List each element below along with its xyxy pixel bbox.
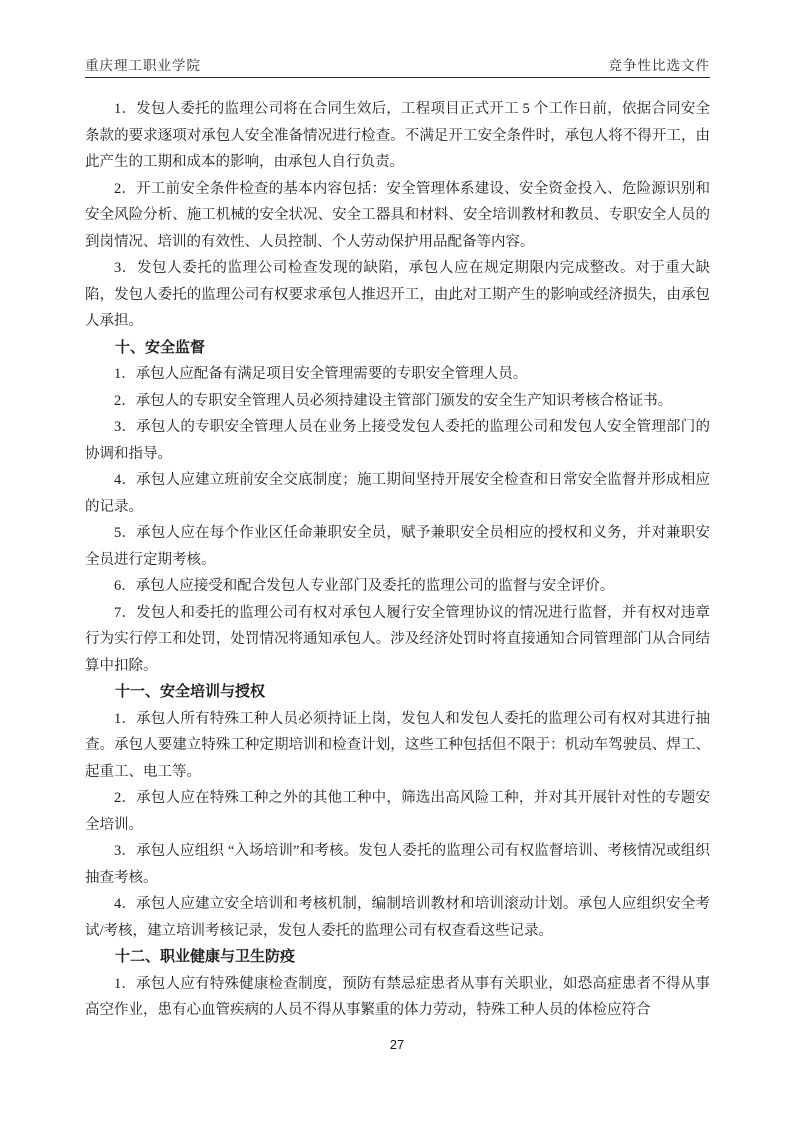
- paragraph: 6．承包人应接受和配合发包人专业部门及委托的监理公司的监督与安全评价。: [85, 573, 710, 600]
- paragraph: 1．承包人应有特殊健康检查制度，预防有禁忌症患者从事有关职业，如恐高症患者不得从…: [85, 971, 710, 1024]
- page-header: 重庆理工职业学院 竞争性比选文件: [85, 54, 710, 74]
- paragraph: 1．承包人所有特殊工种人员必须持证上岗，发包人和发包人委托的监理公司有权对其进行…: [85, 706, 710, 786]
- paragraph: 1．发包人委托的监理公司将在合同生效后，工程项目正式开工 5 个工作日前，依据合…: [85, 96, 710, 176]
- paragraph: 2．承包人的专职安全管理人员必须持建设主管部门颁发的安全生产知识考核合格证书。: [85, 388, 710, 415]
- document-page: 重庆理工职业学院 竞争性比选文件 1．发包人委托的监理公司将在合同生效后，工程项…: [0, 0, 794, 1122]
- paragraph: 3．承包人应组织 “入场培训”和考核。发包人委托的监理公司有权监督培训、考核情况…: [85, 838, 710, 891]
- page-footer: 27: [0, 1037, 794, 1052]
- paragraph: 1．承包人应配备有满足项目安全管理需要的专职安全管理人员。: [85, 361, 710, 388]
- section-heading-safety-supervision: 十、安全监督: [85, 335, 710, 362]
- paragraph: 5．承包人应在每个作业区任命兼职安全员，赋予兼职安全员相应的授权和义务，并对兼职…: [85, 520, 710, 573]
- paragraph: 3．承包人的专职安全管理人员在业务上接受发包人委托的监理公司和发包人安全管理部门…: [85, 414, 710, 467]
- paragraph: 4．承包人应建立班前安全交底制度；施工期间坚持开展安全检查和日常安全监督并形成相…: [85, 467, 710, 520]
- section-heading-safety-training: 十一、安全培训与授权: [85, 679, 710, 706]
- header-right-text: 竞争性比选文件: [609, 54, 711, 74]
- document-body: 1．发包人委托的监理公司将在合同生效后，工程项目正式开工 5 个工作日前，依据合…: [85, 96, 710, 1024]
- paragraph: 2．开工前安全条件检查的基本内容包括：安全管理体系建设、安全资金投入、危险源识别…: [85, 176, 710, 256]
- paragraph: 7．发包人和委托的监理公司有权对承包人履行安全管理协议的情况进行监督，并有权对违…: [85, 600, 710, 680]
- header-divider: [85, 77, 710, 78]
- header-left-text: 重庆理工职业学院: [85, 54, 201, 74]
- section-heading-occupational-health: 十二、职业健康与卫生防疫: [85, 944, 710, 971]
- paragraph: 2．承包人应在特殊工种之外的其他工种中，筛选出高风险工种，并对其开展针对性的专题…: [85, 785, 710, 838]
- paragraph: 3．发包人委托的监理公司检查发现的缺陷，承包人应在规定期限内完成整改。对于重大缺…: [85, 255, 710, 335]
- paragraph: 4．承包人应建立安全培训和考核机制，编制培训教材和培训滚动计划。承包人应组织安全…: [85, 891, 710, 944]
- page-number: 27: [390, 1037, 404, 1052]
